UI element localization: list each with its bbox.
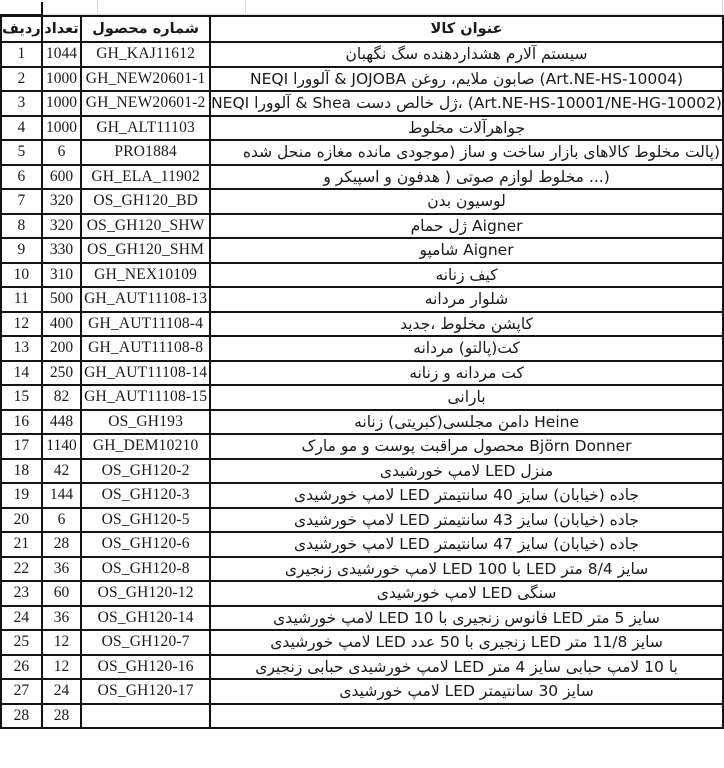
- cell-product-code[interactable]: GH_AUT11108-4: [81, 312, 210, 337]
- cell-row-number[interactable]: 25: [1, 630, 42, 655]
- cell-item-title[interactable]: سایز 30 سانتیمتر LED لامپ خورشیدی: [210, 679, 723, 704]
- cell-row-number[interactable]: 5: [1, 140, 42, 165]
- cell-row-number[interactable]: 4: [1, 116, 42, 141]
- cell-quantity[interactable]: 1140: [42, 434, 81, 459]
- cell-row-number[interactable]: 26: [1, 655, 42, 680]
- cell-product-code[interactable]: GH_NEW20601-1: [81, 67, 210, 92]
- table-row: 1842OS_GH120-2منزل LED لامپ خورشیدی: [1, 459, 723, 484]
- table-row: 21000GH_NEW20601-1(Art.NE-HS-10004) صابو…: [1, 67, 723, 92]
- cell-quantity[interactable]: 12: [42, 655, 81, 680]
- header-quantity[interactable]: تعداد: [42, 16, 81, 42]
- cell-row-number[interactable]: 21: [1, 532, 42, 557]
- cell-product-code[interactable]: OS_GH120_BD: [81, 189, 210, 214]
- cell-row-number[interactable]: 22: [1, 557, 42, 582]
- cell-quantity[interactable]: 1000: [42, 67, 81, 92]
- cell-row-number[interactable]: 13: [1, 336, 42, 361]
- cell-product-code[interactable]: OS_GH193: [81, 410, 210, 435]
- cell-quantity[interactable]: 6: [42, 508, 81, 533]
- cell-item-title[interactable]: شلوار مردانه: [210, 287, 723, 312]
- table-row: 31000GH_NEW20601-2(Art.NE-HS-10001/NE-HG…: [1, 91, 723, 116]
- cell-product-code[interactable]: OS_GH120-14: [81, 606, 210, 631]
- cell-row-number[interactable]: 10: [1, 263, 42, 288]
- cell-row-number[interactable]: 2: [1, 67, 42, 92]
- cell-quantity[interactable]: 600: [42, 165, 81, 190]
- cell-row-number[interactable]: 7: [1, 189, 42, 214]
- spreadsheet-top-gridlines: [0, 0, 724, 16]
- cell-item-title[interactable]: (پالت مخلوط کالاهای بازار ساخت و ساز (مو…: [210, 140, 723, 165]
- cell-quantity[interactable]: 12: [42, 630, 81, 655]
- cell-row-number[interactable]: 20: [1, 508, 42, 533]
- cell-product-code[interactable]: GH_NEW20601-2: [81, 91, 210, 116]
- cell-quantity[interactable]: 36: [42, 557, 81, 582]
- table-row: 2512OS_GH120-7سایز 11/8 متر LED زنجیری ب…: [1, 630, 723, 655]
- cell-product-code[interactable]: OS_GH120_SHW: [81, 214, 210, 239]
- cell-item-title[interactable]: منزل LED لامپ خورشیدی: [210, 459, 723, 484]
- table-row: 2724OS_GH120-17سایز 30 سانتیمتر LED لامپ…: [1, 679, 723, 704]
- cell-row-number[interactable]: 19: [1, 483, 42, 508]
- cell-item-title[interactable]: سایز 8/4 متر LED با 100 LED لامپ خورشیدی…: [210, 557, 723, 582]
- table-row: 206OS_GH120-5جاده (خیابان) سایز 43 سانتی…: [1, 508, 723, 533]
- cell-row-number[interactable]: 6: [1, 165, 42, 190]
- cell-item-title[interactable]: (... مخلوط لوازم صوتی ( هدفون و اسپیکر و: [210, 165, 723, 190]
- cell-item-title[interactable]: جاده (خیابان) سایز 40 سانتیمتر LED لامپ …: [210, 483, 723, 508]
- cell-quantity[interactable]: 400: [42, 312, 81, 337]
- header-row-number[interactable]: ردیف: [1, 16, 42, 42]
- table-row: 9330OS_GH120_SHMAigner شامپو: [1, 238, 723, 263]
- cell-row-number[interactable]: 15: [1, 385, 42, 410]
- cell-product-code[interactable]: GH_AUT11108-13: [81, 287, 210, 312]
- cell-row-number[interactable]: 9: [1, 238, 42, 263]
- cell-item-title[interactable]: (Art.NE-HS-10001/NE-HG-10002) ،ژل خالص د…: [210, 91, 723, 116]
- cell-product-code[interactable]: GH_NEX10109: [81, 263, 210, 288]
- cell-quantity[interactable]: 448: [42, 410, 81, 435]
- cell-row-number[interactable]: 27: [1, 679, 42, 704]
- cell-quantity[interactable]: 310: [42, 263, 81, 288]
- cell-item-title[interactable]: جواهرآلات مخلوط: [210, 116, 723, 141]
- cell-product-code[interactable]: OS_GH120-3: [81, 483, 210, 508]
- cell-product-code[interactable]: GH_AUT11108-15: [81, 385, 210, 410]
- cell-product-code[interactable]: GH_KAJ11612: [81, 42, 210, 67]
- cell-item-title[interactable]: [210, 704, 723, 728]
- cell-item-title[interactable]: لوسیون بدن: [210, 189, 723, 214]
- cell-product-code[interactable]: OS_GH120-5: [81, 508, 210, 533]
- cell-row-number[interactable]: 3: [1, 91, 42, 116]
- cell-product-code[interactable]: OS_GH120-12: [81, 581, 210, 606]
- cell-product-code[interactable]: GH_ELA_11902: [81, 165, 210, 190]
- cell-quantity[interactable]: 6: [42, 140, 81, 165]
- table-row: 14250GH_AUT11108-14کت مردانه و زنانه: [1, 361, 723, 386]
- table-row: 12400GH_AUT11108-4کاپشن مخلوط ،جدید: [1, 312, 723, 337]
- table-row: 2828: [1, 704, 723, 728]
- cell-item-title[interactable]: کاپشن مخلوط ،جدید: [210, 312, 723, 337]
- header-item-title[interactable]: عنوان کالا: [210, 16, 723, 42]
- table-row: 2360OS_GH120-12سنگی LED لامپ خورشیدی: [1, 581, 723, 606]
- table-row: 11044GH_KAJ11612سیستم آلارم هشداردهنده س…: [1, 42, 723, 67]
- cell-row-number[interactable]: 11: [1, 287, 42, 312]
- table-row: 171140GH_DEM10210Björn Donner محصول مراق…: [1, 434, 723, 459]
- cell-quantity[interactable]: 500: [42, 287, 81, 312]
- cell-quantity[interactable]: 320: [42, 214, 81, 239]
- cell-product-code[interactable]: GH_DEM10210: [81, 434, 210, 459]
- cell-quantity[interactable]: 82: [42, 385, 81, 410]
- table-row: 1582GH_AUT11108-15بارانی: [1, 385, 723, 410]
- cell-quantity[interactable]: 28: [42, 704, 81, 728]
- cell-item-title[interactable]: سیستم آلارم هشداردهنده سگ نگهبان: [210, 42, 723, 67]
- cell-item-title[interactable]: سنگی LED لامپ خورشیدی: [210, 581, 723, 606]
- header-row: ردیف تعداد شماره محصول عنوان کالا: [1, 16, 723, 42]
- cell-row-number[interactable]: 17: [1, 434, 42, 459]
- cell-item-title[interactable]: جاده (خیابان) سایز 47 سانتیمتر LED لامپ …: [210, 532, 723, 557]
- cell-item-title[interactable]: سایز 11/8 متر LED زنجیری با 50 عدد LED ل…: [210, 630, 723, 655]
- cell-quantity[interactable]: 1000: [42, 91, 81, 116]
- cell-item-title[interactable]: سایز 5 متر LED فانوس زنجیری با 10 LED لا…: [210, 606, 723, 631]
- cell-quantity[interactable]: 36: [42, 606, 81, 631]
- cell-row-number[interactable]: 16: [1, 410, 42, 435]
- cell-row-number[interactable]: 1: [1, 42, 42, 67]
- cell-product-code[interactable]: PRO1884: [81, 140, 210, 165]
- cell-item-title[interactable]: کت مردانه و زنانه: [210, 361, 723, 386]
- cell-quantity[interactable]: 60: [42, 581, 81, 606]
- table-row: 13200GH_AUT11108-8کت(پالتو) مردانه: [1, 336, 723, 361]
- inventory-table: ردیف تعداد شماره محصول عنوان کالا 11044G…: [0, 15, 724, 729]
- table-row: 16448OS_GH193Heine دامن مجلسی(کبریتی) زن…: [1, 410, 723, 435]
- table-row: 19144OS_GH120-3جاده (خیابان) سایز 40 سان…: [1, 483, 723, 508]
- cell-product-code[interactable]: OS_GH120-16: [81, 655, 210, 680]
- cell-item-title[interactable]: Björn Donner محصول مراقبت پوست و مو مارک: [210, 434, 723, 459]
- cell-product-code[interactable]: OS_GH120-2: [81, 459, 210, 484]
- table-row: 7320OS_GH120_BDلوسیون بدن: [1, 189, 723, 214]
- cell-item-title[interactable]: بارانی: [210, 385, 723, 410]
- cell-item-title[interactable]: کت(پالتو) مردانه: [210, 336, 723, 361]
- table-row: 41000GH_ALT11103جواهرآلات مخلوط: [1, 116, 723, 141]
- cell-row-number[interactable]: 28: [1, 704, 42, 728]
- cell-product-code[interactable]: OS_GH120-7: [81, 630, 210, 655]
- table-row: 2612OS_GH120-16با 10 لامپ حبابی سایز 4 م…: [1, 655, 723, 680]
- cell-quantity[interactable]: 28: [42, 532, 81, 557]
- table-row: 10310GH_NEX10109کیف زنانه: [1, 263, 723, 288]
- cell-product-code[interactable]: GH_ALT11103: [81, 116, 210, 141]
- cell-product-code[interactable]: GH_AUT11108-14: [81, 361, 210, 386]
- cell-product-code[interactable]: OS_GH120-8: [81, 557, 210, 582]
- cell-item-title[interactable]: کیف زنانه: [210, 263, 723, 288]
- cell-row-number[interactable]: 24: [1, 606, 42, 631]
- cell-quantity[interactable]: 330: [42, 238, 81, 263]
- table-row: 56PRO1884(پالت مخلوط کالاهای بازار ساخت …: [1, 140, 723, 165]
- cell-item-title[interactable]: Aigner شامپو: [210, 238, 723, 263]
- cell-product-code[interactable]: OS_GH120_SHM: [81, 238, 210, 263]
- cell-item-title[interactable]: Aigner ژل حمام: [210, 214, 723, 239]
- cell-quantity[interactable]: 1000: [42, 116, 81, 141]
- table-row: 8320OS_GH120_SHWAigner ژل حمام: [1, 214, 723, 239]
- cell-quantity[interactable]: 1044: [42, 42, 81, 67]
- cell-item-title[interactable]: (Art.NE-HS-10004) صابون ملایم، روغن JOJO…: [210, 67, 723, 92]
- cell-row-number[interactable]: 23: [1, 581, 42, 606]
- cell-product-code[interactable]: OS_GH120-17: [81, 679, 210, 704]
- cell-quantity[interactable]: 200: [42, 336, 81, 361]
- cell-quantity[interactable]: 144: [42, 483, 81, 508]
- cell-row-number[interactable]: 14: [1, 361, 42, 386]
- cell-quantity[interactable]: 42: [42, 459, 81, 484]
- table-row: 2236OS_GH120-8سایز 8/4 متر LED با 100 LE…: [1, 557, 723, 582]
- cell-quantity[interactable]: 250: [42, 361, 81, 386]
- cell-quantity[interactable]: 320: [42, 189, 81, 214]
- table-row: 6600GH_ELA_11902(... مخلوط لوازم صوتی ( …: [1, 165, 723, 190]
- cell-row-number[interactable]: 12: [1, 312, 42, 337]
- cell-item-title[interactable]: Heine دامن مجلسی(کبریتی) زنانه: [210, 410, 723, 435]
- cell-item-title[interactable]: جاده (خیابان) سایز 43 سانتیمتر LED لامپ …: [210, 508, 723, 533]
- cell-row-number[interactable]: 18: [1, 459, 42, 484]
- cell-row-number[interactable]: 8: [1, 214, 42, 239]
- cell-item-title[interactable]: با 10 لامپ حبابی سایز 4 متر LED لامپ خور…: [210, 655, 723, 680]
- table-row: 2436OS_GH120-14سایز 5 متر LED فانوس زنجی…: [1, 606, 723, 631]
- table-row: 2128OS_GH120-6جاده (خیابان) سایز 47 سانت…: [1, 532, 723, 557]
- cell-product-code[interactable]: OS_GH120-6: [81, 532, 210, 557]
- cell-product-code[interactable]: GH_AUT11108-8: [81, 336, 210, 361]
- cell-quantity[interactable]: 24: [42, 679, 81, 704]
- cell-product-code[interactable]: [81, 704, 210, 728]
- table-row: 11500GH_AUT11108-13شلوار مردانه: [1, 287, 723, 312]
- header-product-code[interactable]: شماره محصول: [81, 16, 210, 42]
